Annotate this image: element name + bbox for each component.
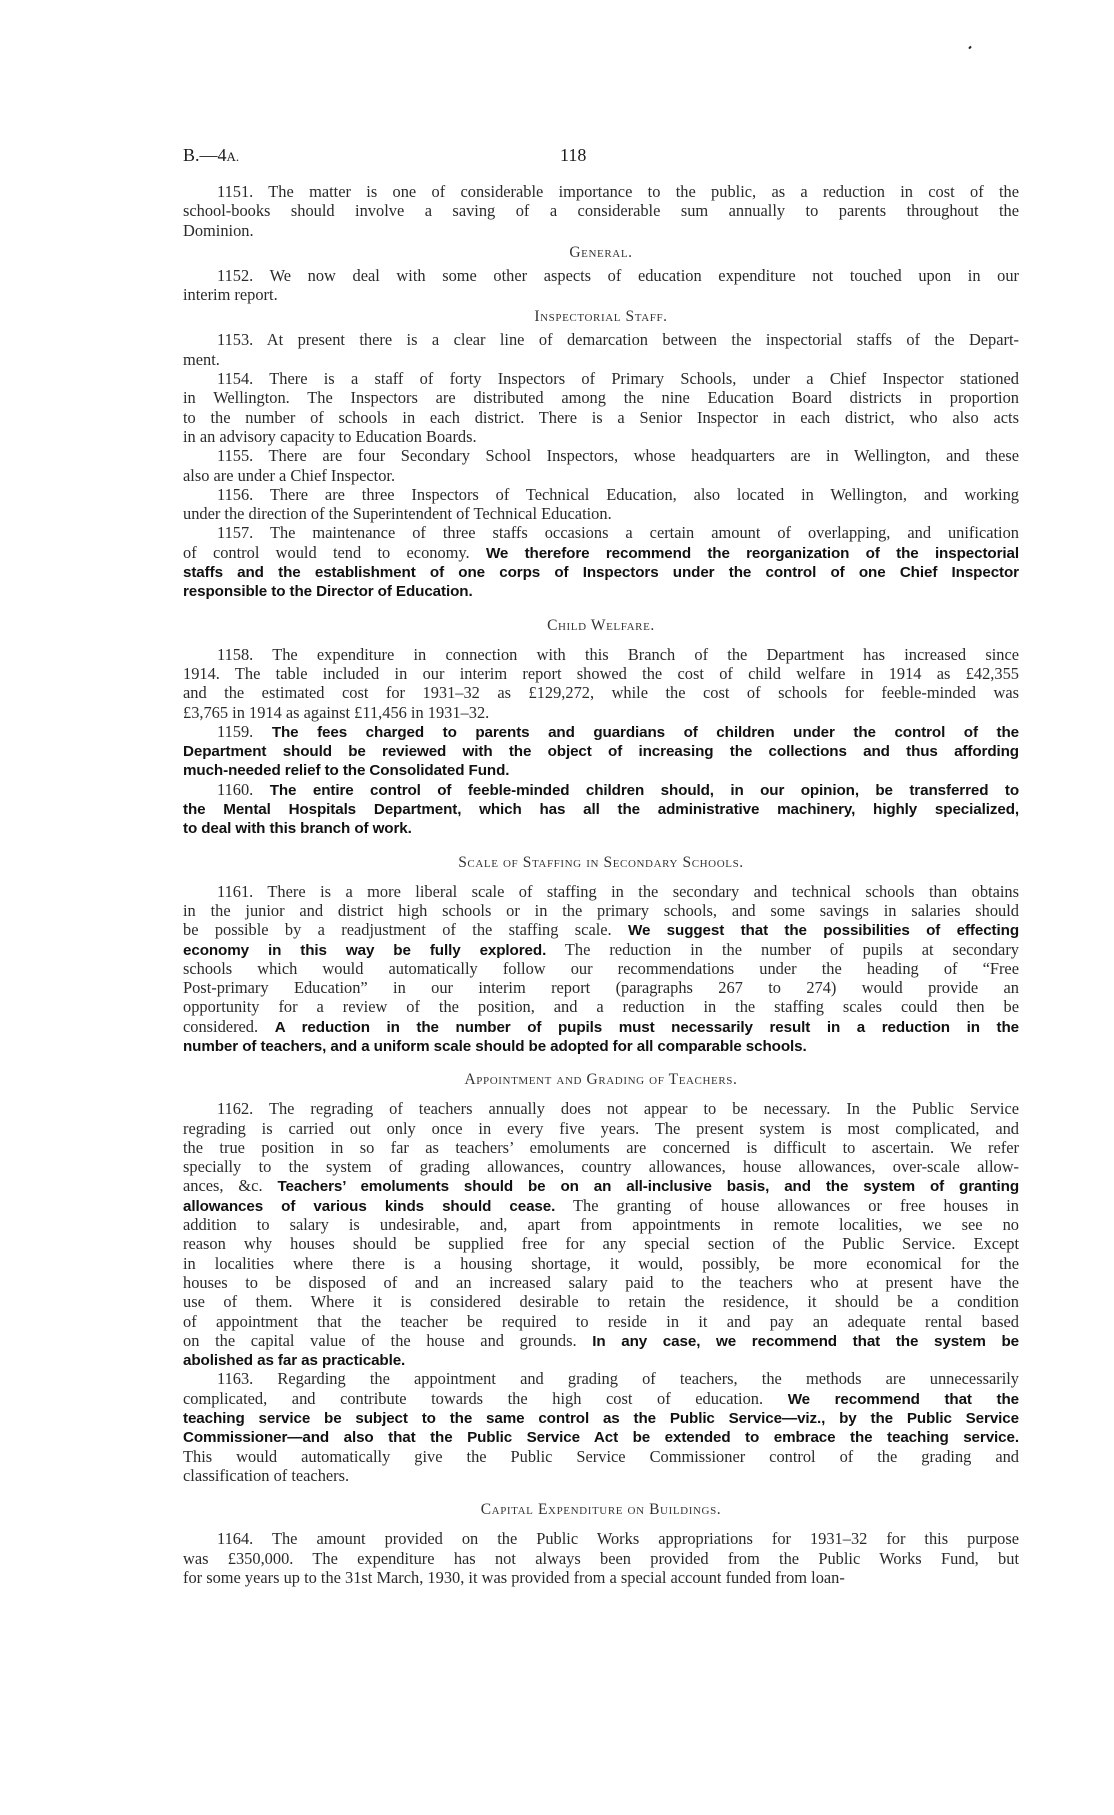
recommendation-text: teaching service be subject to the same … bbox=[183, 1410, 1019, 1427]
text-line: on the capital value of the house and gr… bbox=[183, 1331, 1019, 1350]
text-line: 1161. There is a more liberal scale of s… bbox=[183, 882, 1019, 901]
text-line: 1158. The expenditure in connection with… bbox=[183, 645, 1019, 664]
text-line: ment. bbox=[183, 350, 1019, 369]
text-line: of control would tend to economy. We the… bbox=[183, 543, 1019, 562]
text-line: 1162. The regrading of teachers annually… bbox=[183, 1099, 1019, 1118]
text-line: Post-primary Education” in our interim r… bbox=[183, 978, 1019, 997]
text-line: £3,765 in 1914 as against £11,456 in 193… bbox=[183, 703, 1019, 722]
body-text: complicated, and contribute towards the … bbox=[183, 1389, 788, 1408]
text-line: classification of teachers. bbox=[183, 1466, 1019, 1485]
recommendation-text: to deal with this branch of work. bbox=[183, 820, 412, 837]
recommendation-text: A reduction in the number of pupils must… bbox=[275, 1019, 1019, 1036]
body-text: schools which would automatically follow… bbox=[183, 959, 1019, 978]
recommendation-text: staffs and the establishment of one corp… bbox=[183, 564, 1019, 581]
document-reference-prefix: B.—4 bbox=[183, 145, 227, 165]
body-text: 1162. The regrading of teachers annually… bbox=[217, 1099, 1019, 1118]
body-text: 1157. The maintenance of three staffs oc… bbox=[217, 523, 1019, 542]
text-line: Department should be reviewed with the o… bbox=[183, 741, 1019, 760]
text-line: interim report. bbox=[183, 285, 1019, 304]
page-number: 118 bbox=[560, 146, 586, 165]
body-text: This would automatically give the Public… bbox=[183, 1447, 1019, 1466]
text-line: reason why houses should be supplied fre… bbox=[183, 1234, 1019, 1253]
text-line: 1160. The entire control of feeble-minde… bbox=[183, 780, 1019, 799]
body-text: The granting of house allowances or free… bbox=[555, 1196, 1019, 1215]
body-text: of appointment that the teacher be requi… bbox=[183, 1312, 1019, 1331]
body-text: 1158. The expenditure in connection with… bbox=[217, 645, 1019, 664]
recommendation-text: Teachers’ emoluments should be on an all… bbox=[277, 1178, 1019, 1195]
recommendation-text: abolished as far as practicable. bbox=[183, 1352, 405, 1369]
body-text: also are under a Chief Inspector. bbox=[183, 466, 395, 485]
text-line: 1155. There are four Secondary School In… bbox=[183, 446, 1019, 465]
text-line: 1151. The matter is one of considerable … bbox=[183, 182, 1019, 201]
body-text: to the number of schools in each distric… bbox=[183, 408, 1019, 427]
body-text: 1151. The matter is one of considerable … bbox=[217, 182, 1019, 201]
body-text: 1161. There is a more liberal scale of s… bbox=[217, 882, 1019, 901]
section-heading: Child Welfare. bbox=[183, 615, 1019, 637]
body-text: reason why houses should be supplied fre… bbox=[183, 1234, 1019, 1253]
text-line: economy in this way be fully explored. T… bbox=[183, 940, 1019, 959]
text-line: responsible to the Director of Education… bbox=[183, 581, 1019, 600]
body-text: specially to the system of grading allow… bbox=[183, 1157, 1019, 1176]
text-line: considered. A reduction in the number of… bbox=[183, 1017, 1019, 1036]
text-line: to deal with this branch of work. bbox=[183, 818, 1019, 837]
text-line: regrading is carried out only once in ev… bbox=[183, 1119, 1019, 1138]
body-text: regrading is carried out only once in ev… bbox=[183, 1119, 1019, 1138]
body-text: 1159. bbox=[217, 722, 272, 741]
body-text: for some years up to the 31st March, 193… bbox=[183, 1568, 845, 1587]
document-reference: B.—4A. bbox=[183, 146, 239, 166]
body-text: in the junior and district high schools … bbox=[183, 901, 1019, 920]
body-text: Post-primary Education” in our interim r… bbox=[183, 978, 1019, 997]
recommendation-text: much-needed relief to the Consolidated F… bbox=[183, 762, 509, 779]
recommendation-text: Commissioner—and also that the Public Se… bbox=[183, 1429, 1019, 1446]
text-line: 1154. There is a staff of forty Inspecto… bbox=[183, 369, 1019, 388]
body-text: addition to salary is undesirable, and, … bbox=[183, 1215, 1019, 1234]
text-line: be possible by a readjustment of the sta… bbox=[183, 920, 1019, 939]
body-text: in localities where there is a housing s… bbox=[183, 1254, 1019, 1273]
text-line: staffs and the establishment of one corp… bbox=[183, 562, 1019, 581]
section-heading: General. bbox=[183, 242, 1019, 264]
recommendation-text: We therefore recommend the reorganizatio… bbox=[486, 545, 1019, 562]
text-line: of appointment that the teacher be requi… bbox=[183, 1312, 1019, 1331]
section-heading: Capital Expenditure on Buildings. bbox=[183, 1499, 1019, 1521]
section-heading: Scale of Staffing in Secondary Schools. bbox=[183, 852, 1019, 874]
text-line: the true position in so far as teachers’… bbox=[183, 1138, 1019, 1157]
body-text: 1160. bbox=[217, 780, 270, 799]
body-text: under the direction of the Superintenden… bbox=[183, 504, 612, 523]
body-text: 1156. There are three Inspectors of Tech… bbox=[217, 485, 1019, 504]
body-text: Dominion. bbox=[183, 221, 254, 240]
text-line: was £350,000. The expenditure has not al… bbox=[183, 1549, 1019, 1568]
text-line: Dominion. bbox=[183, 221, 1019, 240]
recommendation-text: allowances of various kinds should cease… bbox=[183, 1198, 555, 1215]
body-text: ances, &c. bbox=[183, 1176, 277, 1195]
text-line: in Wellington. The Inspectors are distri… bbox=[183, 388, 1019, 407]
body-text: on the capital value of the house and gr… bbox=[183, 1331, 592, 1350]
text-line: 1163. Regarding the appointment and grad… bbox=[183, 1369, 1019, 1388]
body-text: 1154. There is a staff of forty Inspecto… bbox=[217, 369, 1019, 388]
body-text: 1914. The table included in our interim … bbox=[183, 664, 1019, 683]
text-line: under the direction of the Superintenden… bbox=[183, 504, 1019, 523]
text-line: 1159. The fees charged to parents and gu… bbox=[183, 722, 1019, 741]
text-line: This would automatically give the Public… bbox=[183, 1447, 1019, 1466]
text-line: much-needed relief to the Consolidated F… bbox=[183, 760, 1019, 779]
text-line: to the number of schools in each distric… bbox=[183, 408, 1019, 427]
recommendation-text: We suggest that the possibilities of eff… bbox=[628, 922, 1019, 939]
recommendation-text: We recommend that the bbox=[788, 1391, 1019, 1408]
section-heading: Inspectorial Staff. bbox=[183, 306, 1019, 328]
paragraph-1152: 1152. We now deal with some other aspect… bbox=[183, 266, 1019, 305]
text-line: 1153. At present there is a clear line o… bbox=[183, 330, 1019, 349]
recommendation-text: Department should be reviewed with the o… bbox=[183, 743, 1019, 760]
text-line: 1157. The maintenance of three staffs oc… bbox=[183, 523, 1019, 542]
body-text: was £350,000. The expenditure has not al… bbox=[183, 1549, 1019, 1568]
text-line: 1164. The amount provided on the Public … bbox=[183, 1529, 1019, 1548]
body-text: opportunity for a review of the position… bbox=[183, 997, 1019, 1016]
body-text: 1153. At present there is a clear line o… bbox=[217, 330, 1019, 349]
paragraph-1154: 1154. There is a staff of forty Inspecto… bbox=[183, 369, 1019, 446]
body-text: 1164. The amount provided on the Public … bbox=[217, 1529, 1019, 1548]
recommendation-text: responsible to the Director of Education… bbox=[183, 583, 473, 600]
body-text: the true position in so far as teachers’… bbox=[183, 1138, 1019, 1157]
document-reference-suffix: A. bbox=[227, 149, 240, 164]
text-line: specially to the system of grading allow… bbox=[183, 1157, 1019, 1176]
text-line: in localities where there is a housing s… bbox=[183, 1254, 1019, 1273]
recommendation-text: The fees charged to parents and guardian… bbox=[272, 724, 1019, 741]
paragraph-1159: 1159. The fees charged to parents and gu… bbox=[183, 722, 1019, 780]
text-line: addition to salary is undesirable, and, … bbox=[183, 1215, 1019, 1234]
paragraph-1163: 1163. Regarding the appointment and grad… bbox=[183, 1369, 1019, 1485]
section-heading: Appointment and Grading of Teachers. bbox=[183, 1069, 1019, 1091]
text-line: schools which would automatically follow… bbox=[183, 959, 1019, 978]
paragraph-1164: 1164. The amount provided on the Public … bbox=[183, 1529, 1019, 1587]
text-line: abolished as far as practicable. bbox=[183, 1350, 1019, 1369]
paragraph-1162: 1162. The regrading of teachers annually… bbox=[183, 1099, 1019, 1369]
text-line: Commissioner—and also that the Public Se… bbox=[183, 1427, 1019, 1446]
body-text: 1163. Regarding the appointment and grad… bbox=[217, 1369, 1019, 1388]
body-text: in an advisory capacity to Education Boa… bbox=[183, 427, 477, 446]
text-line: 1914. The table included in our interim … bbox=[183, 664, 1019, 683]
paragraph-1161: 1161. There is a more liberal scale of s… bbox=[183, 882, 1019, 1056]
running-header: B.—4A. 118 bbox=[183, 142, 1019, 182]
text-line: number of teachers, and a uniform scale … bbox=[183, 1036, 1019, 1055]
text-line: houses to be disposed of and an increase… bbox=[183, 1273, 1019, 1292]
recommendation-text: the Mental Hospitals Department, which h… bbox=[183, 801, 1019, 818]
document-body: 1151. The matter is one of considerable … bbox=[183, 182, 1019, 1587]
text-line: ances, &c. Teachers’ emoluments should b… bbox=[183, 1176, 1019, 1195]
body-text: ment. bbox=[183, 350, 220, 369]
text-line: the Mental Hospitals Department, which h… bbox=[183, 799, 1019, 818]
paragraph-1160: 1160. The entire control of feeble-minde… bbox=[183, 780, 1019, 838]
text-line: 1156. There are three Inspectors of Tech… bbox=[183, 485, 1019, 504]
recommendation-text: number of teachers, and a uniform scale … bbox=[183, 1038, 807, 1055]
text-line: allowances of various kinds should cease… bbox=[183, 1196, 1019, 1215]
text-line: in the junior and district high schools … bbox=[183, 901, 1019, 920]
text-line: use of them. Where it is considered desi… bbox=[183, 1292, 1019, 1311]
text-line: complicated, and contribute towards the … bbox=[183, 1389, 1019, 1408]
body-text: 1155. There are four Secondary School In… bbox=[217, 446, 1019, 465]
body-text: be possible by a readjustment of the sta… bbox=[183, 920, 628, 939]
body-text: school-books should involve a saving of … bbox=[183, 201, 1019, 220]
body-text: classification of teachers. bbox=[183, 1466, 349, 1485]
recommendation-text: The entire control of feeble-minded chil… bbox=[270, 782, 1019, 799]
document-page: B.—4A. 118 1151. The matter is one of co… bbox=[183, 142, 1019, 1587]
paragraph-1156: 1156. There are three Inspectors of Tech… bbox=[183, 485, 1019, 524]
body-text: The reduction in the number of pupils at… bbox=[546, 940, 1019, 959]
text-line: teaching service be subject to the same … bbox=[183, 1408, 1019, 1427]
text-line: for some years up to the 31st March, 193… bbox=[183, 1568, 1019, 1587]
paragraph-1151: 1151. The matter is one of considerable … bbox=[183, 182, 1019, 240]
body-text: interim report. bbox=[183, 285, 278, 304]
recommendation-text: In any case, we recommend that the syste… bbox=[592, 1333, 1019, 1350]
recommendation-text: economy in this way be fully explored. bbox=[183, 942, 546, 959]
paragraph-1155: 1155. There are four Secondary School In… bbox=[183, 446, 1019, 485]
body-text: in Wellington. The Inspectors are distri… bbox=[183, 388, 1019, 407]
paragraph-1153: 1153. At present there is a clear line o… bbox=[183, 330, 1019, 369]
body-text: houses to be disposed of and an increase… bbox=[183, 1273, 1019, 1292]
body-text: of control would tend to economy. bbox=[183, 543, 486, 562]
scan-speck bbox=[968, 46, 971, 50]
text-line: 1152. We now deal with some other aspect… bbox=[183, 266, 1019, 285]
text-line: school-books should involve a saving of … bbox=[183, 201, 1019, 220]
body-text: use of them. Where it is considered desi… bbox=[183, 1292, 1019, 1311]
body-text: and the estimated cost for 1931–32 as £1… bbox=[183, 683, 1019, 702]
text-line: in an advisory capacity to Education Boa… bbox=[183, 427, 1019, 446]
paragraph-1158: 1158. The expenditure in connection with… bbox=[183, 645, 1019, 722]
text-line: opportunity for a review of the position… bbox=[183, 997, 1019, 1016]
body-text: £3,765 in 1914 as against £11,456 in 193… bbox=[183, 703, 489, 722]
body-text: 1152. We now deal with some other aspect… bbox=[217, 266, 1019, 285]
paragraph-1157: 1157. The maintenance of three staffs oc… bbox=[183, 523, 1019, 600]
body-text: considered. bbox=[183, 1017, 275, 1036]
text-line: and the estimated cost for 1931–32 as £1… bbox=[183, 683, 1019, 702]
text-line: also are under a Chief Inspector. bbox=[183, 466, 1019, 485]
